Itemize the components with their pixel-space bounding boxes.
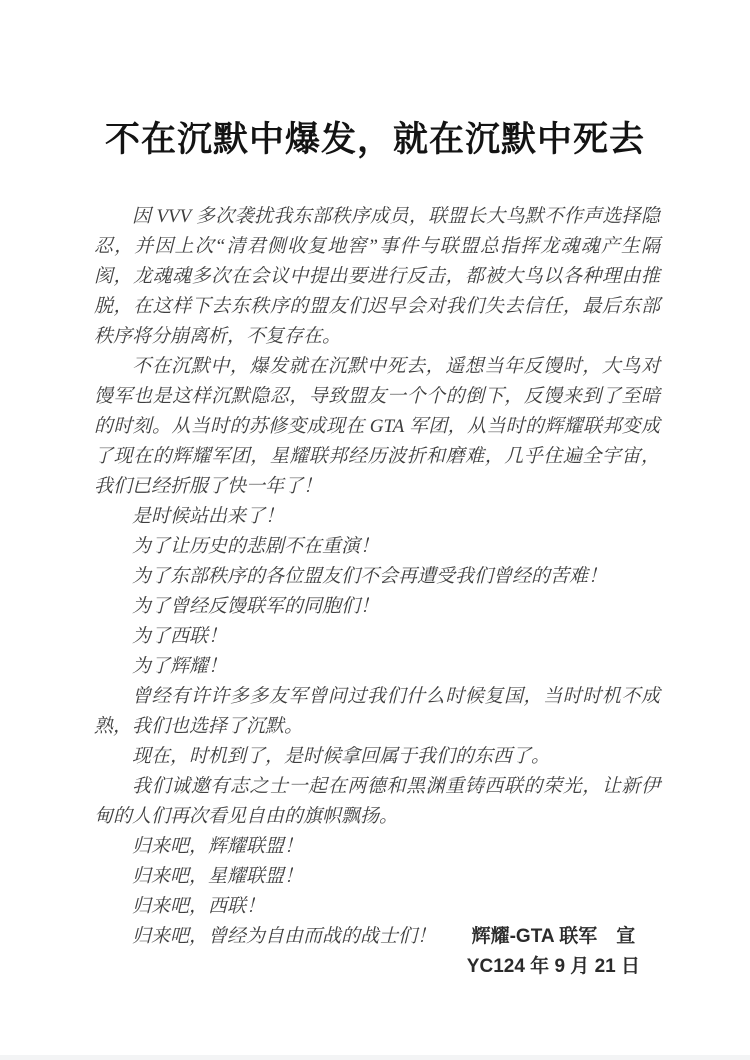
- paragraph: 我们诚邀有志之士一起在两德和黑渊重铸西联的荣光，让新伊甸的人们再次看见自由的旗帜…: [94, 772, 660, 832]
- paragraph: 现在，时机到了，是时候拿回属于我们的东西了。: [94, 742, 660, 772]
- document-body: 因 VVV 多次袭扰我东部秩序成员，联盟长大鸟默不作声选择隐忍，并因上次“清君侧…: [94, 202, 660, 952]
- paragraph: 不在沉默中，爆发就在沉默中死去，遥想当年反馒时，大鸟对馒军也是这样沉默隐忍，导致…: [94, 352, 660, 502]
- paragraph: 归来吧，星耀联盟！: [94, 862, 660, 892]
- paragraph: 为了让历史的悲剧不在重演！: [94, 532, 660, 562]
- signature-author: 辉耀-GTA 联军 宣: [467, 922, 640, 952]
- paragraph: 为了西联！: [94, 622, 660, 652]
- paragraph: 曾经有许许多多友军曾问过我们什么时候复国，当时时机不成熟，我们也选择了沉默。: [94, 682, 660, 742]
- page-title: 不在沉默中爆发，就在沉默中死去: [0, 0, 750, 162]
- page-bottom-edge: [0, 1055, 750, 1060]
- paragraph: 归来吧，辉耀联盟！: [94, 832, 660, 862]
- signature-block: 辉耀-GTA 联军 宣 YC124 年 9 月 21 日: [467, 922, 640, 982]
- paragraph: 是时候站出来了！: [94, 502, 660, 532]
- paragraph: 归来吧，西联！: [94, 892, 660, 922]
- paragraph: 因 VVV 多次袭扰我东部秩序成员，联盟长大鸟默不作声选择隐忍，并因上次“清君侧…: [94, 202, 660, 352]
- paragraph: 为了东部秩序的各位盟友们不会再遭受我们曾经的苦难！: [94, 562, 660, 592]
- signature-date: YC124 年 9 月 21 日: [467, 952, 640, 982]
- paragraph: 为了曾经反馒联军的同胞们！: [94, 592, 660, 622]
- document-page: 不在沉默中爆发，就在沉默中死去 因 VVV 多次袭扰我东部秩序成员，联盟长大鸟默…: [0, 0, 750, 1060]
- paragraph: 为了辉耀！: [94, 652, 660, 682]
